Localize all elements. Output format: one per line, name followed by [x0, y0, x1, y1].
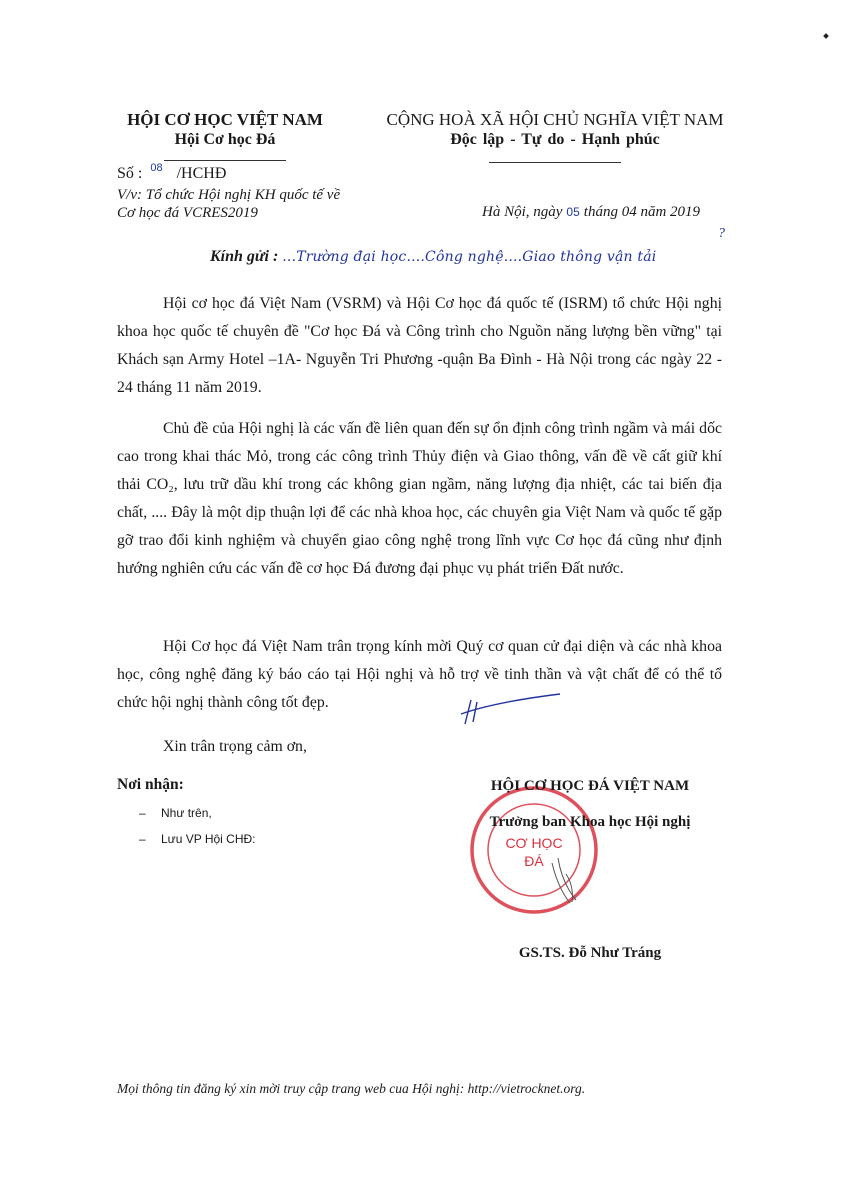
- svg-text:ĐÁ: ĐÁ: [524, 853, 544, 869]
- date-line: Hà Nội, ngày05tháng 04 năm 2019: [482, 204, 700, 221]
- footer-note: Mọi thông tin đăng ký xin mời truy cập t…: [117, 1081, 585, 1097]
- signer-role: Trưởng ban Khoa học Hội nghị: [470, 812, 710, 832]
- national-title: CỘNG HOÀ XÃ HỘI CHỦ NGHĨA VIỆT NAM: [370, 110, 740, 130]
- issuer-org-name: HỘI CƠ HỌC VIỆT NAM: [105, 110, 345, 130]
- issuer-sub-org: Hội Cơ học Đá: [105, 130, 345, 150]
- number-suffix: /HCHĐ: [177, 165, 227, 182]
- recipients-block: Nơi nhận: –Như trên, –Lưu VP Hội CHĐ:: [117, 776, 256, 852]
- subject-line: V/v: Tổ chức Hội nghị KH quốc tế về Cơ h…: [117, 186, 347, 222]
- initials-pen-mark-icon: [455, 690, 565, 730]
- handwritten-question-mark: ?: [718, 226, 725, 242]
- date-suffix: tháng 04 năm 2019: [584, 204, 700, 220]
- salutation-label: Kính gửi :: [210, 248, 278, 265]
- paragraph-text: Hội cơ học đá Việt Nam (VSRM) và Hội Cơ …: [117, 290, 722, 402]
- motto-divider: [489, 162, 621, 163]
- recipient-text: Lưu VP Hội CHĐ:: [161, 832, 256, 846]
- number-value: 08: [150, 162, 162, 174]
- recipient-item: –Lưu VP Hội CHĐ:: [139, 826, 256, 852]
- salutation: Kính gửi : ...Trường đại học....Công ngh…: [210, 248, 656, 266]
- paragraph-text: Chủ đề của Hội nghị là các vấn đề liên q…: [117, 415, 722, 583]
- signing-org: HỘI CƠ HỌC ĐÁ VIỆT NAM: [470, 776, 710, 796]
- number-label: Số :: [117, 165, 142, 182]
- signer-name: GS.TS. Đỗ Như Tráng: [470, 945, 710, 962]
- body-paragraph-1: Hội cơ học đá Việt Nam (VSRM) và Hội Cơ …: [117, 290, 722, 402]
- date-prefix: Hà Nội, ngày: [482, 204, 562, 220]
- recipient-text: Như trên,: [161, 806, 212, 820]
- body-paragraph-3: Hội Cơ học đá Việt Nam trân trọng kính m…: [117, 633, 722, 717]
- national-header: CỘNG HOÀ XÃ HỘI CHỦ NGHĨA VIỆT NAM Độc l…: [370, 110, 740, 163]
- svg-text:CƠ HỌC: CƠ HỌC: [505, 835, 562, 851]
- signature-block: HỘI CƠ HỌC ĐÁ VIỆT NAM Trưởng ban Khoa h…: [470, 776, 710, 832]
- recipients-title: Nơi nhận:: [117, 776, 256, 794]
- national-motto: Độc lập - Tự do - Hạnh phúc: [370, 130, 740, 150]
- scan-speck: [823, 33, 829, 39]
- recipient-item: –Như trên,: [139, 800, 256, 826]
- closing-thanks: Xin trân trọng cảm ơn,: [163, 738, 307, 756]
- issuer-divider: [164, 160, 286, 161]
- paragraph-text: Hội Cơ học đá Việt Nam trân trọng kính m…: [117, 633, 722, 717]
- issuer-header: HỘI CƠ HỌC VIỆT NAM Hội Cơ học Đá: [105, 110, 345, 161]
- handwritten-recipient: ...Trường đại học....Công nghệ....Giao t…: [282, 249, 656, 265]
- document-number: Số :08/HCHĐ: [117, 164, 226, 185]
- body-paragraph-2: Chủ đề của Hội nghị là các vấn đề liên q…: [117, 415, 722, 583]
- date-day: 05: [566, 205, 579, 219]
